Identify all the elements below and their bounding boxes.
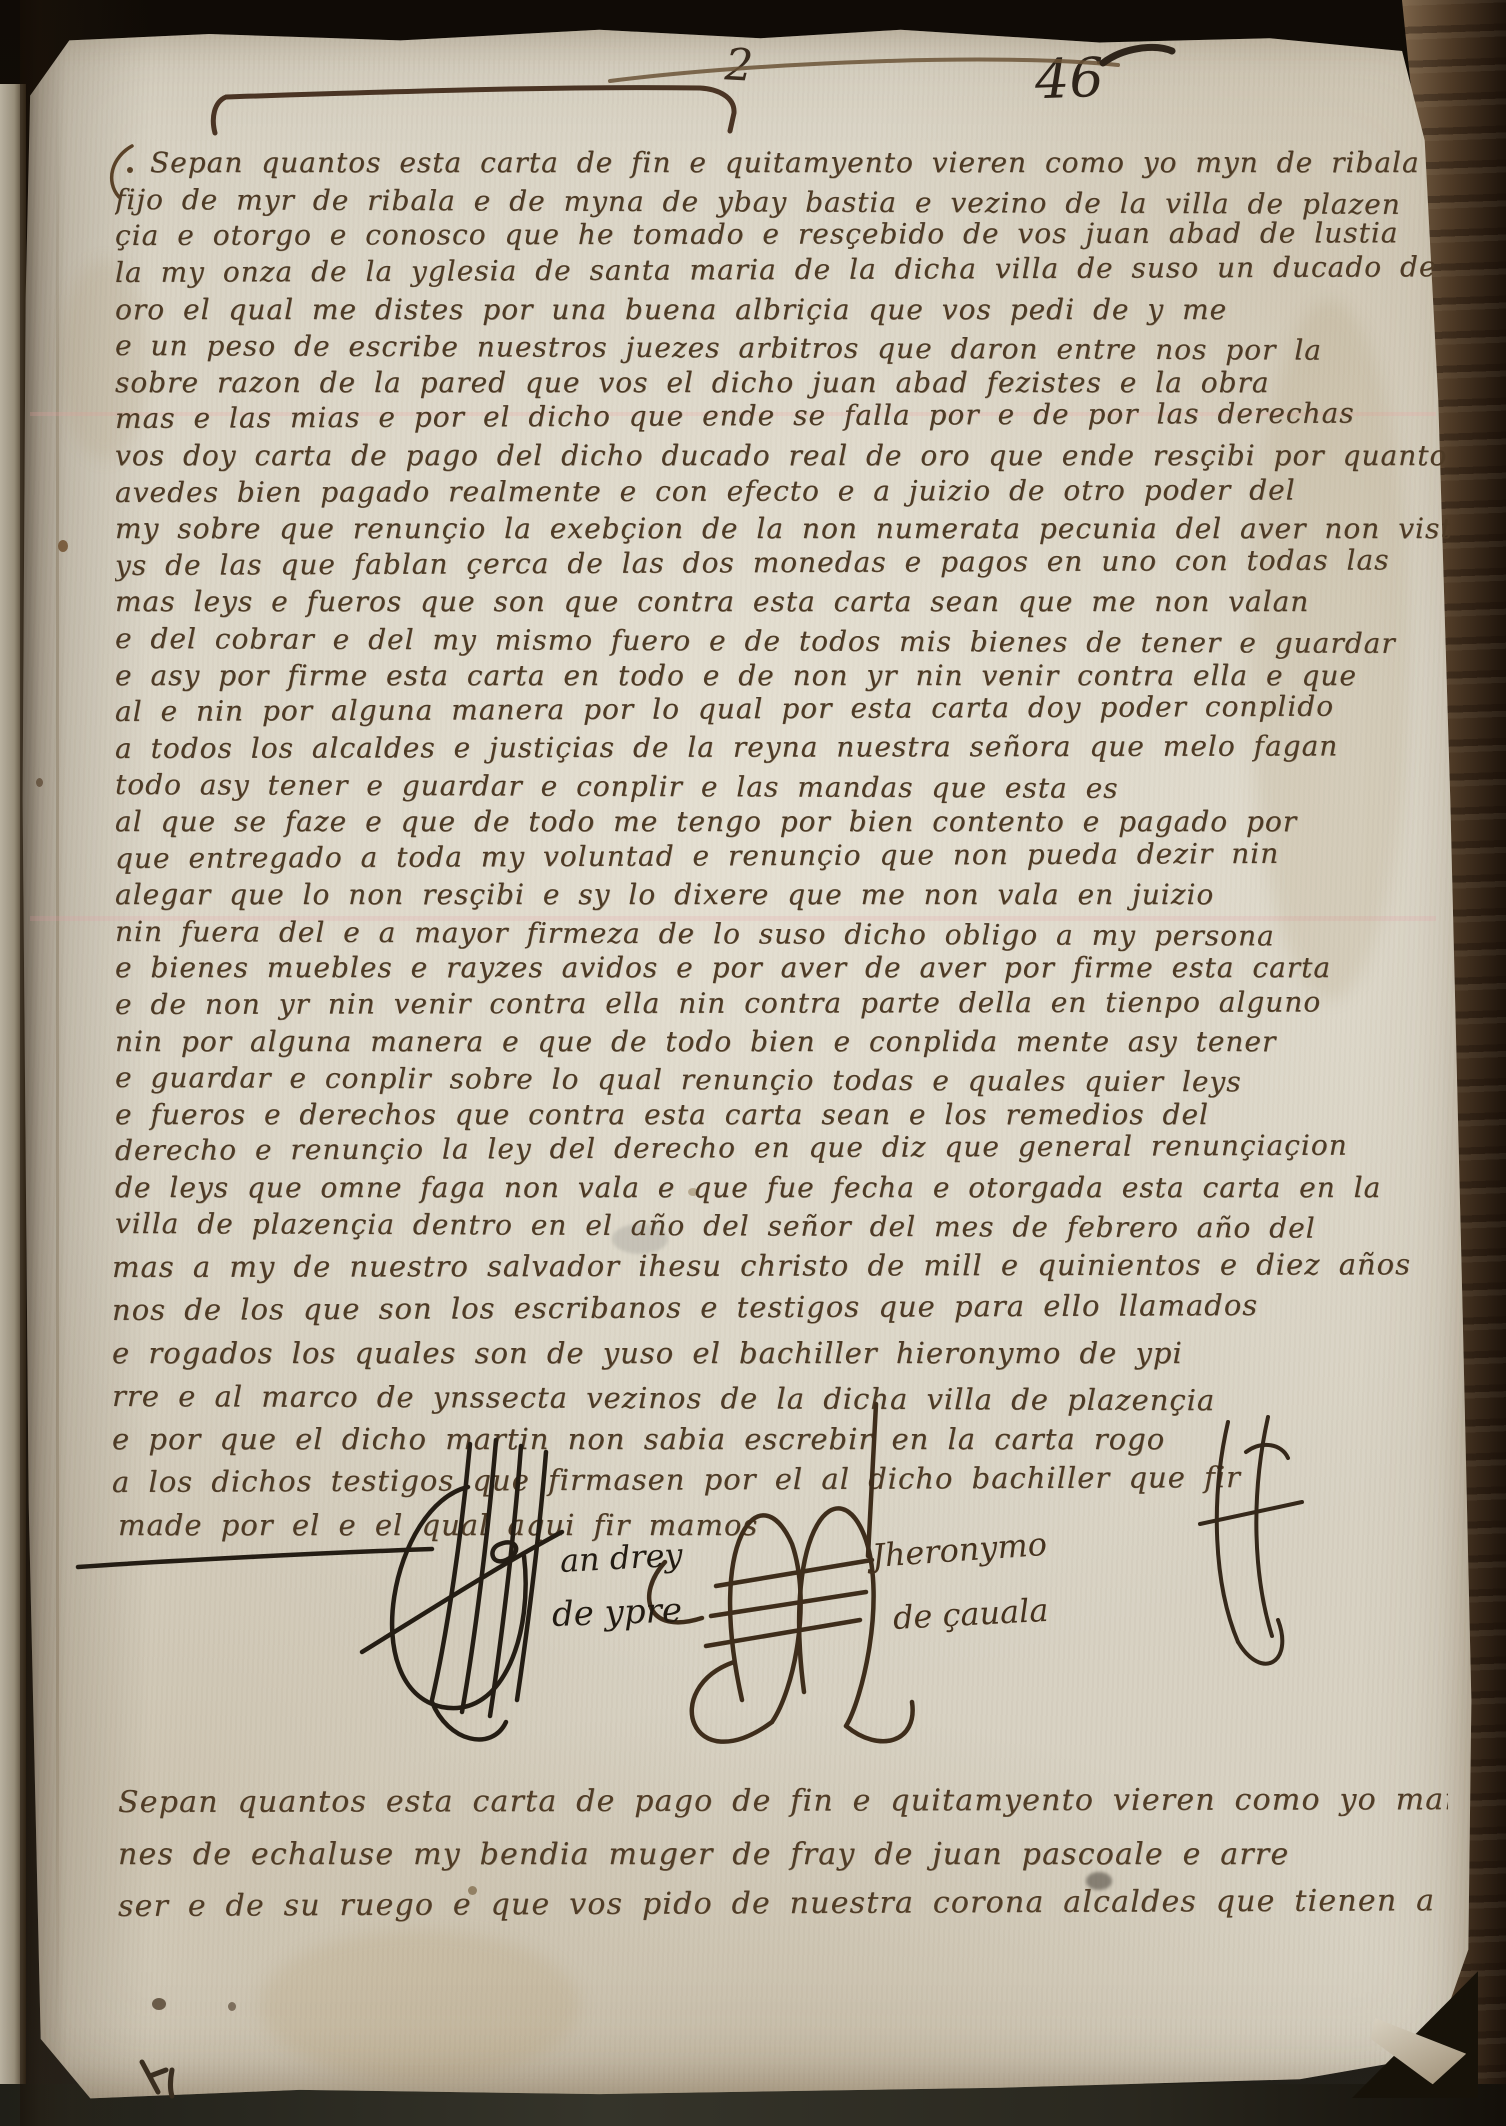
manuscript-line: oro el qual me distes por una buena albr… <box>115 295 1450 326</box>
manuscript-line: my sobre que renunçio la exebçion de la … <box>115 514 1450 545</box>
manuscript-scan: 46 2 Sepan quantos esta carta de fin e q… <box>0 0 1506 2126</box>
manuscript-line: nos de los que son los escribanos e test… <box>112 1289 1452 1327</box>
manuscript-line: derecho e renunçio la ley del derecho en… <box>115 1130 1450 1167</box>
manuscript-line: alegar que lo non resçibi e sy lo dixere… <box>115 880 1450 911</box>
second-entry-line: ser e de su ruego e que vos pido de nues… <box>118 1884 1448 1923</box>
manuscript-line: mas e las mias e por el dicho que ende s… <box>115 398 1450 435</box>
second-entry-line: nes de echaluse my bendia muger de fray … <box>118 1838 1448 1871</box>
gathering-mark: 2 <box>724 43 754 88</box>
manuscript-line: avedes bien pagado realmente e con efect… <box>115 475 1450 509</box>
folio-number: 46 <box>1034 51 1105 107</box>
manuscript-line: e bienes muebles e rayzes avidos e por a… <box>115 953 1450 984</box>
manuscript-line: e rogados los quales son de yuso el bach… <box>112 1338 1452 1370</box>
manuscript-line: rre e al marco de ynssecta vezinos de la… <box>112 1381 1452 1418</box>
manuscript-text-block: Sepan quantos esta carta de fin e quitam… <box>0 0 1506 2126</box>
manuscript-line: que entregado a toda my voluntad e renun… <box>115 838 1450 875</box>
manuscript-line: ys de las que fablan çerca de las dos mo… <box>115 545 1450 582</box>
manuscript-line: vos doy carta de pago del dicho ducado r… <box>115 441 1450 472</box>
manuscript-line: çia e otorgo e conosco que he tomado e r… <box>115 218 1450 252</box>
manuscript-line: a los dichos testigos que firmasen por e… <box>112 1461 1452 1499</box>
manuscript-line: e del cobrar e del my mismo fuero e de t… <box>115 624 1450 660</box>
manuscript-line: e guardar e conplir sobre lo qual renunç… <box>115 1063 1450 1099</box>
manuscript-line: e asy por firme esta carta en todo e de … <box>115 661 1450 692</box>
manuscript-line: nin fuera del e a mayor firmeza de lo su… <box>115 917 1450 953</box>
manuscript-line: la my onza de la yglesia de santa maria … <box>115 252 1450 289</box>
signature-right-name-line-2: de çauala <box>892 1594 1049 1634</box>
manuscript-line: a todos los alcaldes e justiçias de la r… <box>115 731 1450 765</box>
manuscript-line: al e nin por alguna manera por lo qual p… <box>115 691 1450 728</box>
manuscript-line: de leys que omne faga non vala e que fue… <box>115 1173 1450 1204</box>
manuscript-line: villa de plazençia dentro en el año del … <box>115 1209 1450 1245</box>
signature-left-name-line-2: de ypre <box>551 1593 682 1632</box>
manuscript-line: mas leys e fueros que son que contra est… <box>115 587 1450 618</box>
manuscript-line: e fueros e derechos que contra esta cart… <box>115 1100 1450 1131</box>
manuscript-line: e de non yr nin venir contra ella nin co… <box>115 987 1450 1021</box>
manuscript-line: todo asy tener e guardar e conplir e las… <box>115 770 1450 806</box>
manuscript-line: nin por alguna manera e que de todo bien… <box>115 1027 1450 1058</box>
manuscript-line: made por el e el qual aqui fir mamos <box>118 1510 858 1542</box>
manuscript-line: al que se faze e que de todo me tengo po… <box>115 807 1450 838</box>
manuscript-line: e un peso de escribe nuestros juezes arb… <box>115 331 1450 367</box>
second-entry-line: Sepan quantos esta carta de pago de fin … <box>118 1783 1448 1819</box>
manuscript-line: e por que el dicho martin non sabia escr… <box>112 1424 1452 1456</box>
signature-left-name-line-1: an drey <box>559 1539 683 1577</box>
manuscript-line: mas a my de nuestro salvador ihesu chris… <box>112 1249 1452 1284</box>
manuscript-line: fijo de myr de ribala e de myna de ybay … <box>115 185 1450 221</box>
manuscript-line: sobre razon de la pared que vos el dicho… <box>115 368 1450 399</box>
manuscript-line: Sepan quantos esta carta de fin e quitam… <box>150 148 1440 179</box>
